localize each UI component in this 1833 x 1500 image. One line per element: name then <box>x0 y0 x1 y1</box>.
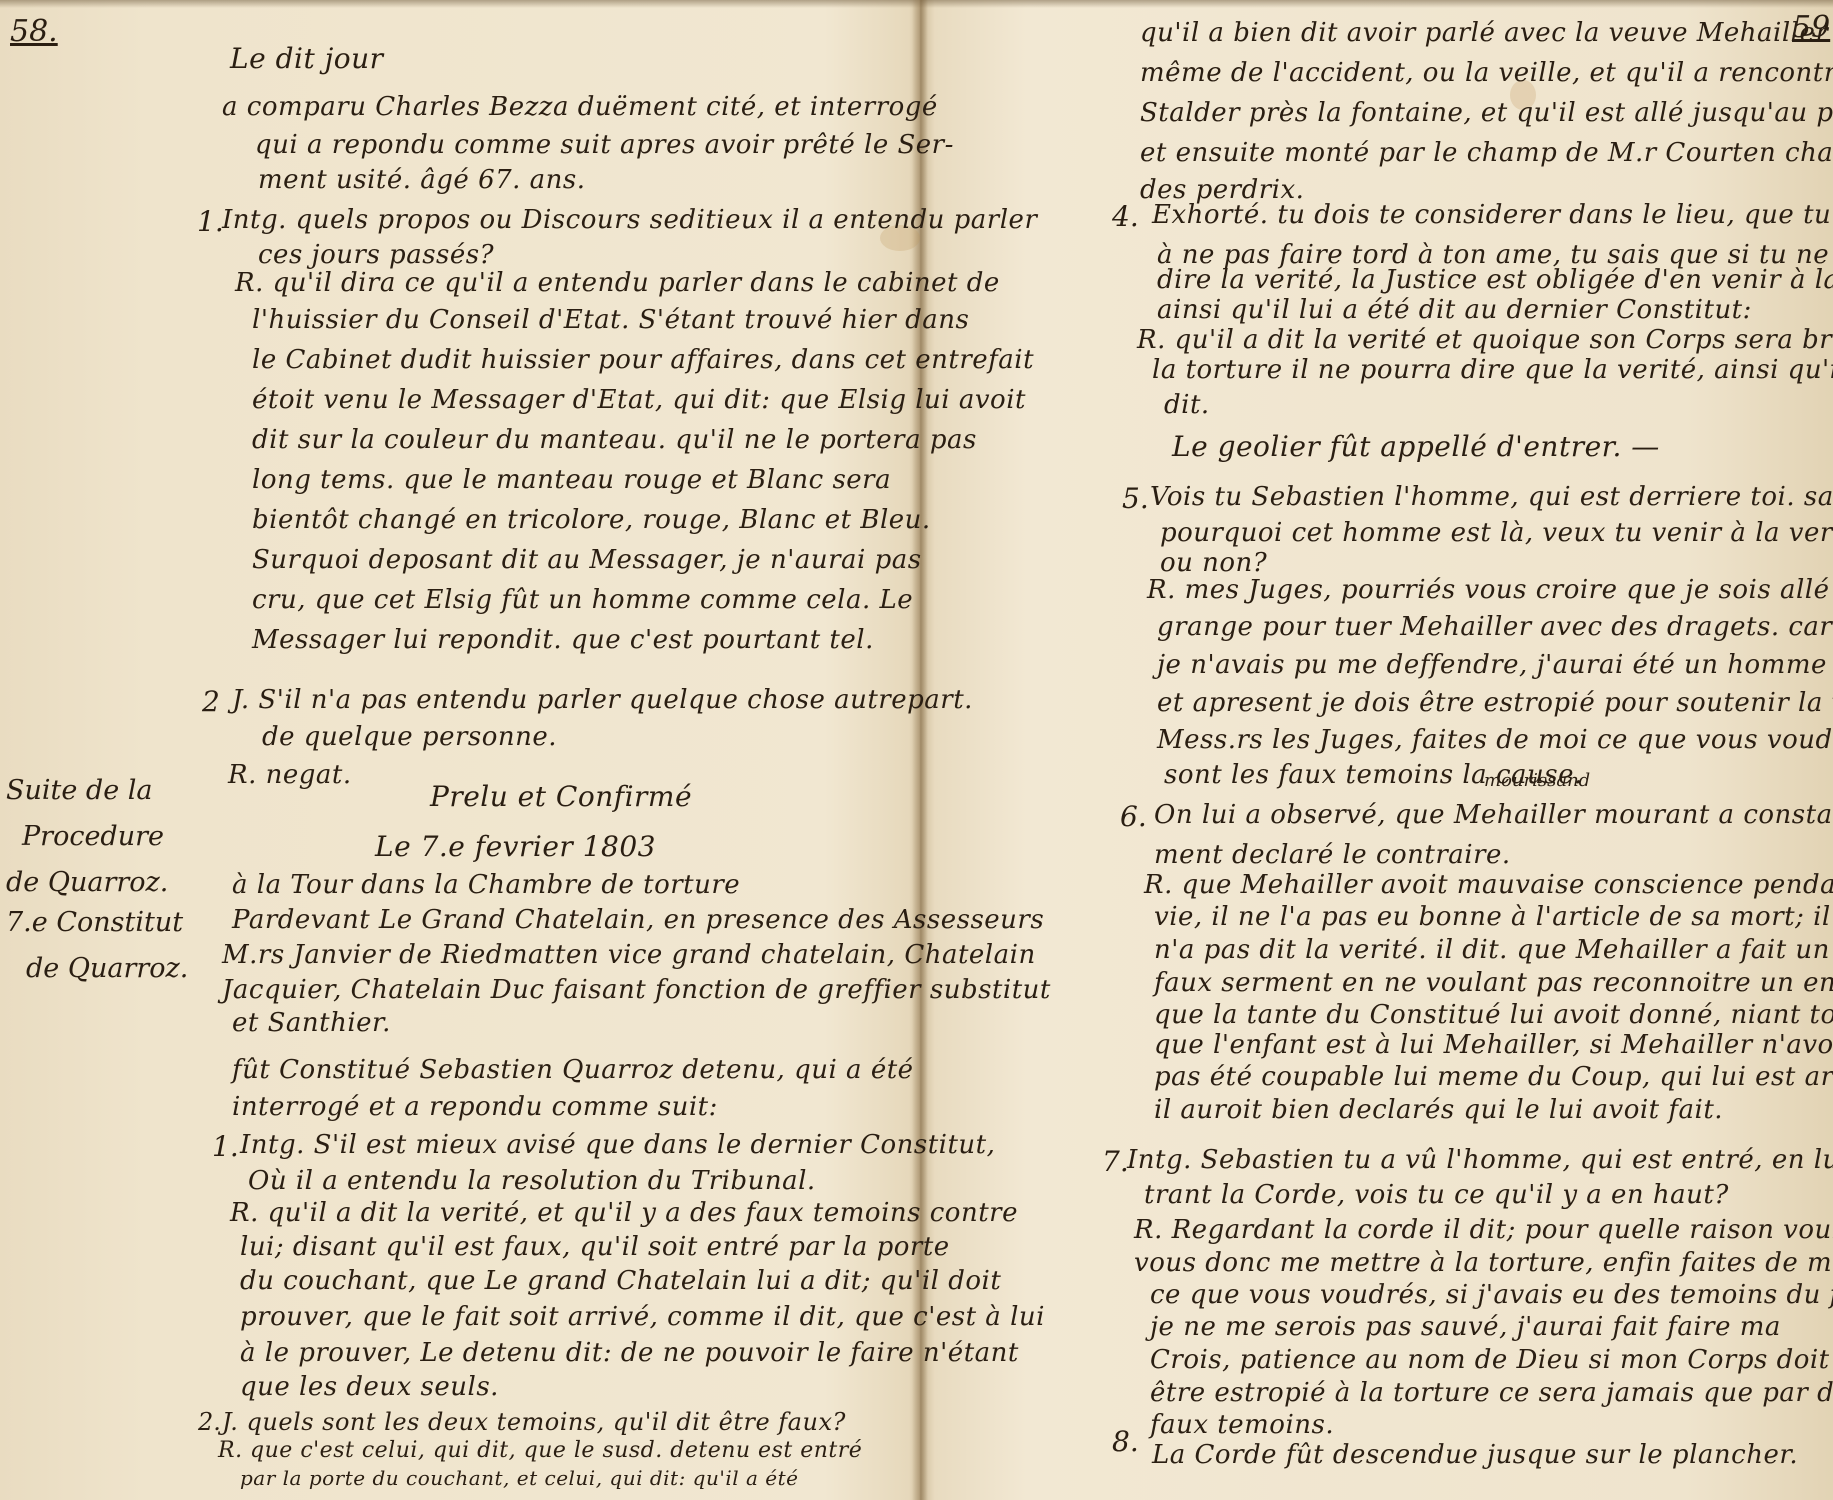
manuscript-line: R. qu'il a dit la verité, et qu'il y a d… <box>230 1198 1018 1228</box>
manuscript-line: n'a pas dit la verité. il dit. que Mehai… <box>1154 935 1830 965</box>
manuscript-line: étoit venu le Messager d'Etat, qui dit: … <box>252 385 1026 415</box>
manuscript-line: grange pour tuer Mehailler avec des drag… <box>1157 612 1833 642</box>
margin-note-constitut: 7.e Constitut de Quarroz. <box>6 900 188 992</box>
question-number: 2. <box>198 1408 221 1436</box>
manuscript-line: R. qu'il a dit la verité et quoique son … <box>1137 325 1833 355</box>
manuscript-line: dire la verité, la Justice est obligée d… <box>1157 265 1833 295</box>
left-page: 58. Suite de la Procedure de Quarroz. 7.… <box>0 0 922 1500</box>
manuscript-line: faux serment en ne voulant pas reconnoit… <box>1154 968 1833 998</box>
manuscript-line: Où il a entendu la resolution du Tribuna… <box>248 1166 816 1196</box>
manuscript-line: M.rs Janvier de Riedmatten vice grand ch… <box>222 940 1036 970</box>
manuscript-line: Le geolier fût appellé d'entrer. — <box>1172 430 1660 463</box>
manuscript-line: et Santhier. <box>232 1008 391 1038</box>
manuscript-line: cru, que cet Elsig fût un homme comme ce… <box>252 585 913 615</box>
question-number: 1. <box>212 1130 239 1163</box>
manuscript-line: pas été coupable lui meme du Coup, qui l… <box>1154 1062 1833 1092</box>
manuscript-line: Surquoi deposant dit au Messager, je n'a… <box>252 545 922 575</box>
manuscript-line: Mess.rs les Juges, faites de moi ce que … <box>1157 725 1833 755</box>
manuscript-line: je n'avais pu me deffendre, j'aurai été … <box>1157 650 1833 680</box>
manuscript-line: ou non? <box>1160 548 1267 578</box>
right-page: 59 qu'il a bien dit avoir parlé avec la … <box>922 0 1833 1500</box>
manuscript-line: Exhorté. tu dois te considerer dans le l… <box>1152 200 1833 230</box>
manuscript-line: Crois, patience au nom de Dieu si mon Co… <box>1150 1345 1830 1375</box>
manuscript-line: R. negat. <box>228 760 352 790</box>
manuscript-line: ment usité. âgé 67. ans. <box>258 165 586 195</box>
manuscript-line: du couchant, que Le grand Chatelain lui … <box>240 1266 1001 1296</box>
manuscript-line: que l'enfant est à lui Mehailler, si Meh… <box>1154 1030 1833 1060</box>
manuscript-line: et ensuite monté par le champ de M.r Cou… <box>1140 138 1833 168</box>
page-number-left: 58. <box>10 14 58 49</box>
manuscript-line: ces jours passés? <box>258 240 494 270</box>
manuscript-line: J. S'il n'a pas entendu parler quelque c… <box>232 685 973 715</box>
manuscript-line: ment declaré le contraire. <box>1154 840 1511 870</box>
manuscript-line: que les deux seuls. <box>240 1372 499 1402</box>
question-number: 1. <box>197 205 224 238</box>
question-number: 8. <box>1112 1425 1139 1458</box>
manuscript-line: R. qu'il dira ce qu'il a entendu parler … <box>235 268 1000 298</box>
question-number: 4. <box>1112 200 1139 233</box>
manuscript-line: qui a repondu comme suit apres avoir prê… <box>255 130 954 160</box>
manuscript-line: Le dit jour <box>230 42 384 75</box>
manuscript-line: Le 7.e fevrier 1803 <box>375 830 656 863</box>
manuscript-line: Vois tu Sebastien l'homme, qui est derri… <box>1150 482 1833 512</box>
manuscript-line: R. que Mehailler avoit mauvaise conscien… <box>1144 870 1833 900</box>
manuscript-line: R. que c'est celui, qui dit, que le susd… <box>218 1438 862 1463</box>
manuscript-line: dit sur la couleur du manteau. qu'il ne … <box>252 425 977 455</box>
manuscript-line: par la porte du couchant, et celui, qui … <box>240 1466 799 1490</box>
manuscript-line: Stalder près la fontaine, et qu'il est a… <box>1140 98 1833 128</box>
manuscript-line: qu'il a bien dit avoir parlé avec la veu… <box>1140 18 1833 48</box>
inserted-word: mourissand <box>1484 770 1590 791</box>
manuscript-line: Prelu et Confirmé <box>430 780 692 813</box>
manuscript-line: même de l'accident, ou la veille, et qu'… <box>1140 58 1833 88</box>
manuscript-line: de quelque personne. <box>262 722 557 752</box>
manuscript-line: je ne me serois pas sauvé, j'aurai fait … <box>1150 1312 1781 1342</box>
manuscript-line: que la tante du Constitué lui avoit donn… <box>1154 1000 1833 1030</box>
margin-note-line: 7.e Constitut <box>6 900 188 946</box>
manuscript-line: ainsi qu'il lui a été dit au dernier Con… <box>1157 295 1752 325</box>
manuscript-line: trant la Corde, vois tu ce qu'il y a en … <box>1144 1180 1729 1210</box>
margin-note-line: Suite de la <box>6 768 168 814</box>
manuscript-line: J. quels sont les deux temoins, qu'il di… <box>222 1408 846 1436</box>
manuscript-line: il auroit bien declarés qui le lui avoit… <box>1154 1095 1723 1125</box>
manuscript-line: dit. <box>1164 390 1210 420</box>
manuscript-line: Intg. Sebastien tu a vû l'homme, qui est… <box>1127 1145 1833 1175</box>
manuscript-line: à la Tour dans la Chambre de torture <box>232 870 740 900</box>
manuscript-line: bientôt changé en tricolore, rouge, Blan… <box>252 505 931 535</box>
margin-note-line: de Quarroz. <box>6 946 188 992</box>
manuscript-line: R. mes Juges, pourriés vous croire que j… <box>1147 575 1833 605</box>
manuscript-line: et apresent je dois être estropié pour s… <box>1157 688 1833 718</box>
manuscript-line: pourquoi cet homme est là, veux tu venir… <box>1160 518 1833 548</box>
manuscript-line: Intg. S'il est mieux avisé que dans le d… <box>240 1130 995 1160</box>
manuscript-spread: 58. Suite de la Procedure de Quarroz. 7.… <box>0 0 1833 1500</box>
question-number: 7. <box>1102 1145 1129 1178</box>
manuscript-line: le Cabinet dudit huissier pour affaires,… <box>252 345 1034 375</box>
question-number: 6. <box>1120 800 1147 833</box>
margin-note-suite-procedure: Suite de la Procedure de Quarroz. <box>6 768 168 906</box>
manuscript-line: faux temoins. <box>1150 1410 1334 1440</box>
manuscript-line: a comparu Charles Bezza duëment cité, et… <box>222 92 938 122</box>
manuscript-line: La Corde fût descendue jusque sur le pla… <box>1152 1440 1798 1470</box>
manuscript-line: à le prouver, Le detenu dit: de ne pouvo… <box>240 1338 1019 1368</box>
manuscript-line: l'huissier du Conseil d'Etat. S'étant tr… <box>252 305 969 335</box>
margin-note-line: Procedure <box>6 814 168 860</box>
question-number: 5. <box>1122 482 1149 515</box>
question-number: 2 <box>202 685 220 718</box>
manuscript-line: lui; disant qu'il est faux, qu'il soit e… <box>240 1232 950 1262</box>
manuscript-line: On lui a observé, que Mehailler mourant … <box>1154 800 1833 830</box>
manuscript-line: fût Constitué Sebastien Quarroz detenu, … <box>232 1055 914 1085</box>
manuscript-line: long tems. que le manteau rouge et Blanc… <box>252 465 891 495</box>
manuscript-line: être estropié à la torture ce sera jamai… <box>1150 1378 1833 1408</box>
manuscript-line: vie, il ne l'a pas eu bonne à l'article … <box>1154 902 1831 932</box>
manuscript-line: interrogé et a repondu comme suit: <box>232 1092 718 1122</box>
manuscript-line: R. Regardant la corde il dit; pour quell… <box>1134 1215 1833 1245</box>
manuscript-line: vous donc me mettre à la torture, enfin … <box>1134 1248 1833 1278</box>
manuscript-line: la torture il ne pourra dire que la veri… <box>1152 355 1833 385</box>
manuscript-line: ce que vous voudrés, si j'avais eu des t… <box>1150 1280 1833 1310</box>
manuscript-line: Messager lui repondit. que c'est pourtan… <box>252 625 874 655</box>
manuscript-line: Intg. quels propos ou Discours seditieux… <box>222 205 1037 235</box>
